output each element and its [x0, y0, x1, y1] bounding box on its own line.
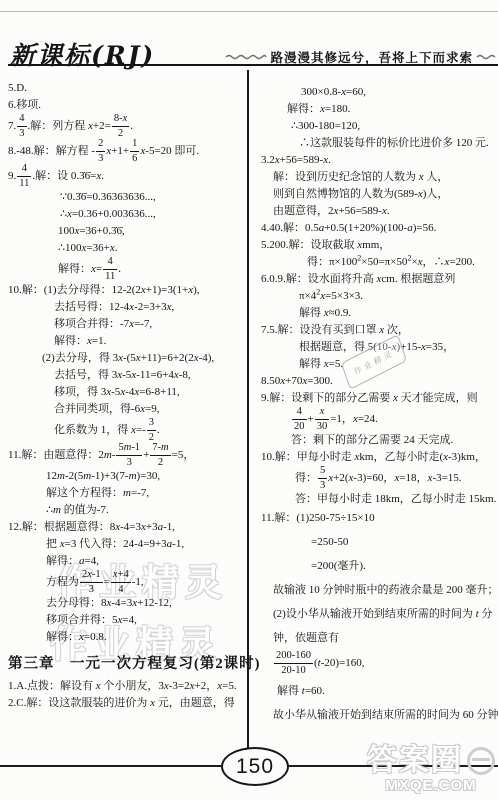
text-run: 7. [8, 120, 16, 132]
text-run: 答：甲每小时走 18km，乙每小时走 15km. [295, 493, 496, 505]
solution-line: 11.解：由题意得：2m-5m-13+7-m2=5， [8, 443, 246, 468]
text-run: . [130, 120, 133, 132]
solution-line: 解得 x≈0.9. [299, 305, 497, 322]
math-run: 4.40.解：0.5a+0.5(1+20%)(100-a)=56. [261, 222, 436, 234]
math-run: π×4 [299, 290, 316, 302]
math-run: 8.50x+70x=300. [261, 375, 333, 387]
left-column: 5.D.6.移项.7.43.解：列方程 x+2=8-x2.8.-48.解：解方程… [8, 80, 246, 712]
solution-line: (2)设小华从输液开始到结束所需的时间为 t 分 [273, 606, 497, 623]
math-run: (t-20)=160, [314, 657, 365, 669]
solution-line: 9.解：设剩下的部分乙需要 x 天才能完成，则 [261, 390, 497, 407]
solution-line: 钟，依题意有 [273, 630, 497, 647]
solution-line: 答：剩下的部分乙需要 24 天完成. [291, 432, 497, 449]
solution-line: (2)去分母，得 3x-(5x+11)=6+2(2x-4), [42, 350, 246, 367]
math-run: 则到自然博物馆的人数为(589-x)人， [273, 188, 448, 200]
math-run: 移项合并得：-7x=-7, [54, 318, 152, 330]
math-run: (2)设小华从输液开始到结束所需的时间为 t 分 [273, 608, 492, 620]
math-run: 解这个方程得：m=-7, [46, 487, 149, 499]
math-run: x-5=20 即可. [140, 145, 199, 157]
math-run: 11.解：(1)250-75÷15×10 [261, 512, 375, 524]
page-number: 150 [236, 755, 274, 779]
solution-line: ∴m 的值为-7. [46, 502, 246, 519]
fraction: 420 [292, 407, 307, 432]
header-rule [8, 64, 498, 66]
math-run: ∴100x=36+x. [58, 242, 117, 254]
math-run: 故小华从输液开始到结束所需的时间为 60 分钟. [273, 709, 498, 721]
fraction: x30 [315, 407, 330, 432]
math-run: =200(毫升). [311, 560, 366, 572]
fraction: 7-m2 [150, 443, 170, 468]
solution-line: 6.0.9.解：设水面将升高 xcm. 根据题意列 [261, 271, 497, 288]
text-run: C. [16, 697, 26, 709]
watermark-circle-icon [467, 747, 495, 775]
solution-line: 11.解：(1)250-75÷15×10 [261, 510, 497, 527]
solution-line: 6.移项. [8, 97, 246, 114]
math-run: 钟，依题意有 [273, 632, 339, 644]
solution-line: 解得：x=1. [54, 333, 246, 350]
solution-line: 100x=36+0.3̇6̇, [58, 223, 246, 240]
solution-line: 移项合并得：-7x=-7, [54, 316, 246, 333]
math-run: 300×0.8-x=60, [301, 86, 366, 98]
fraction: 16 [130, 139, 139, 164]
math-run: 得： [295, 472, 317, 484]
math-run: = [104, 576, 110, 588]
solution-line: 移项合并得：5x=4, [46, 612, 246, 629]
solution-line: 把 x=3 代入得：24-4=9+3a-1, [46, 536, 246, 553]
solution-line: 则到自然博物馆的人数为(589-x)人， [273, 186, 497, 203]
math-run: ∴x=0.36+0.003636..., [60, 208, 156, 220]
math-run: =1，x=24. [330, 413, 378, 425]
solution-line: ∴x=0.36+0.003636..., [60, 206, 246, 223]
fraction: 8-x2 [112, 114, 129, 139]
math-run: 把 x=3 代入得：24-4=9+3a-1, [46, 538, 184, 550]
squiggle-decoration-right [476, 53, 496, 61]
math-run: ∴这款服装每件的标价比进价多 120 元. [299, 137, 489, 149]
solution-line: π×42x=5×3×3. [299, 288, 497, 305]
solution-line: 9.411.解：设 0.3̇6̇=x. [8, 164, 246, 189]
solution-line: 去分母得：8x-4=3x+12-12, [46, 595, 246, 612]
math-run: 7.5.解：设没有买到口罩 x 次， [261, 324, 409, 336]
math-run: x+1+ [106, 145, 129, 157]
left-solutions: 5.D.6.移项.7.43.解：列方程 x+2=8-x2.8.-48.解：解方程… [8, 80, 246, 646]
math-run: 解得：x=1. [54, 335, 106, 347]
fraction: 5m-13 [116, 443, 142, 468]
squiggle-decoration-left [225, 53, 267, 61]
math-run: x+2(x-3)=60，x=18，x-3=15. [328, 472, 461, 484]
solution-line: 8.50x+70x=300. [261, 373, 497, 390]
math-run: 解得：a=4, [46, 555, 99, 567]
math-run: .解：设 0.3̇6̇=x. [32, 170, 104, 182]
solution-line: 去括号得：12-4x-2=3+3x, [54, 299, 246, 316]
top-border-line [0, 11, 498, 12]
solution-line: 420+x30=1，x=24. [291, 407, 497, 432]
math-run: 3.2x+56=589-x. [261, 154, 331, 166]
text-run: mm， [362, 239, 390, 251]
math-run: 解得 x=5. [299, 358, 343, 370]
solution-line: 12m-2(5m-1)+3(7-m)=30, [46, 468, 246, 485]
math-run: =250-50 [311, 536, 348, 548]
solution-line: 移项，得 3x-5x-4x=6-8+11, [54, 384, 246, 401]
solution-line: 解这个方程得：m=-7, [46, 485, 246, 502]
solution-line: 合并同类项，得-6x=9, [54, 401, 246, 418]
text-run: . [118, 263, 121, 275]
math-run: ∴300-180=120, [291, 120, 360, 132]
solution-line: 故小华从输液开始到结束所需的时间为 60 分钟. [273, 707, 497, 724]
text-run: . [157, 424, 160, 436]
math-run: 解得：x=180. [287, 103, 350, 115]
solution-line: 答：甲每小时走 18km，乙每小时走 15km. [295, 491, 497, 508]
text-run: 9. [8, 170, 16, 182]
math-run: ×50=π×50 [361, 256, 407, 268]
math-run: 移项，得 3x-5x-4x=6-8+11, [54, 386, 180, 398]
solution-line: 300×0.8-x=60, [301, 84, 497, 101]
math-run: 5.200.解：设取截取 x [261, 239, 362, 251]
math-run: 由题意得，2x+56=589-x. [273, 205, 390, 217]
math-run: 化系数为 1，得 x=- [54, 424, 146, 436]
text-run: cm. 根据题意列 [381, 273, 455, 285]
math-run: 解得 x≈0.9. [299, 307, 351, 319]
text-run: 6.移项. [8, 99, 41, 111]
solution-line: 10.解：甲每小时走 xkm，乙每小时走(x-3)km， [261, 449, 497, 466]
math-run: 10.解：(1)去分母得：12-2(2x+1)=3(1+x), [8, 284, 200, 296]
solution-line: 化系数为 1，得 x=-32. [54, 418, 246, 443]
math-run: 去括号得：12-4x-2=3+3x, [54, 301, 174, 313]
solution-line: 4.40.解：0.5a+0.5(1+20%)(100-a)=56. [261, 220, 497, 237]
solution-line: =250-50 [311, 534, 497, 551]
brand-title: 新课标(RJ) [10, 36, 155, 72]
math-run: 解得 t=60. [277, 685, 325, 697]
solution-line: 得：π×1002×50=π×502×x，∴x=200. [307, 254, 497, 271]
solution-line: ∴100x=36+x. [58, 240, 246, 257]
watermark-logo-text: 答案圈 [367, 745, 463, 777]
math-run: 9.解：设剩下的部分乙需要 x 天才能完成，则 [261, 392, 478, 404]
solution-line: 3.2x+56=589-x. [261, 152, 497, 169]
math-run: =5， [172, 449, 195, 461]
solution-line: 12.解：根据题意得：8x-4=3x+3a-1, [8, 519, 246, 536]
fraction: 53 [318, 466, 327, 491]
text-run: A. [16, 680, 27, 692]
solution-line: 7.43.解：列方程 x+2=8-x2. [8, 114, 246, 139]
math-run: 解得：x= [58, 263, 102, 275]
text-run: 10.解：甲每小时走 [261, 451, 355, 463]
solution-line: =200(毫升). [311, 558, 497, 575]
solution-line: 解得：a=4, [46, 553, 246, 570]
math-run: 合并同类项，得-6x=9, [54, 403, 160, 415]
math-run: 12m-2(5m-1)+3(7-m)=30, [46, 470, 160, 482]
solution-line: 得：53x+2(x-3)=60，x=18，x-3=15. [295, 466, 497, 491]
fraction: 43 [17, 114, 26, 139]
solution-line: 解得：x=0.8. [46, 629, 246, 646]
math-run: 2. [8, 697, 16, 709]
fraction: 200-16020-10 [274, 651, 313, 676]
solution-line: 解得：x=411. [58, 257, 246, 282]
solution-line: 由题意得，2x+56=589-x. [273, 203, 497, 220]
solution-line: 解得：x=180. [287, 101, 497, 118]
math-run: 点拨：解设有 x 个小朋友，3x-3=2x+2，x=5. [27, 680, 237, 692]
solution-line: 10.解：(1)去分母得：12-2(2x+1)=3(1+x), [8, 282, 246, 299]
math-run: (2)去分母，得 3x-(5x+11)=6+2(2x-4), [42, 352, 214, 364]
watermark-logo-row: 答案圈 [367, 745, 495, 777]
math-run: 解：设到历史纪念馆的人数为 x 人， [273, 171, 448, 183]
right-column: 300×0.8-x=60,解得：x=180.∴300-180=120,∴这款服装… [261, 84, 497, 724]
solution-line: ∴300-180=120, [291, 118, 497, 135]
math-run: .解：列方程 x+2= [28, 120, 111, 132]
math-run: 得：π×100 [307, 256, 357, 268]
left-solutions-after-heading: 1.A.点拨：解设有 x 个小朋友，3x-3=2x+2，x=5.2.C.解：设这… [8, 678, 246, 712]
solution-line: 1.A.点拨：解设有 x 个小朋友，3x-3=2x+2，x=5. [8, 678, 246, 695]
math-run: -1, [132, 576, 144, 588]
fraction: 2x-13 [80, 570, 103, 595]
math-run: 6.0.9.解：设水面将升高 x [261, 273, 381, 285]
math-run: 11.解：由题意得：2m- [8, 449, 115, 461]
text-run: 8.-48.解：解方程 - [8, 145, 95, 157]
solution-line: 故输液 10 分钟时瓶中的药液余量是 200 毫升； [273, 582, 497, 599]
text-run: 5.D. [8, 82, 27, 94]
math-run: 去括号，得 3x-5x-11=6+4x-8, [54, 369, 191, 381]
solution-line: 2.C.解：设这款服装的进价为 x 元，由题意，得 [8, 695, 246, 712]
math-run: 12.解：根据题意得：8x-4=3x+3a-1, [8, 521, 175, 533]
solution-line: 去括号，得 3x-5x-11=6+4x-8, [54, 367, 246, 384]
math-run: 解得：x=0.8. [46, 631, 107, 643]
bottom-watermark: 答案圈 MXQE.COM [367, 745, 495, 794]
math-run: ∵0.3̇6̇=0.36363636..., [60, 191, 156, 203]
fraction: 32 [147, 418, 156, 443]
solution-line: 5.200.解：设取截取 xmm， [261, 237, 497, 254]
solution-line: 解：设到历史纪念馆的人数为 x 人， [273, 169, 497, 186]
solution-line: 8.-48.解：解方程 -23x+1+16x-5=20 即可. [8, 139, 246, 164]
math-run: 方程为 [46, 576, 79, 588]
math-run: 100x=36+0.3̇6̇, [58, 225, 125, 237]
text-run: km，乙每小时走( [359, 451, 443, 463]
watermark-url: MXQE.COM [367, 778, 495, 794]
right-solutions: 300×0.8-x=60,解得：x=180.∴300-180=120,∴这款服装… [261, 84, 497, 724]
page-number-badge: 150 [221, 747, 289, 786]
fraction: x+44 [111, 570, 131, 595]
math-run: 去分母得：8x-4=3x+12-12, [46, 597, 172, 609]
answer-book-page: 新课标(RJ) 路漫漫其修远兮，吾将上下而求索 作业精灵 作业精灵 5.D.6.… [0, 0, 498, 800]
solution-line: 5.D. [8, 80, 246, 97]
solution-line: 200-16020-10(t-20)=160, [273, 651, 497, 676]
solution-line: ∵0.3̇6̇=0.36363636..., [60, 189, 246, 206]
math-run: 解：设这款服装的进价为 x 元，由题意，得 [26, 697, 234, 709]
solution-line: 7.5.解：设没有买到口罩 x 次， [261, 322, 497, 339]
fraction: 411 [17, 164, 31, 189]
math-run: 移项合并得：5x=4, [46, 614, 137, 626]
math-run: x=5×3×3. [320, 290, 363, 302]
fraction: 23 [96, 139, 105, 164]
solution-line: 解得 t=60. [277, 683, 497, 700]
math-run: ×x，∴x=200. [411, 256, 474, 268]
math-run: 1. [8, 680, 16, 692]
math-run: ∴m 的值为-7. [46, 504, 109, 516]
math-run: + [143, 449, 149, 461]
math-run: 答：剩下的部分乙需要 24 天完成. [291, 434, 453, 446]
math-run: + [308, 413, 314, 425]
solution-line: ∴这款服装每件的标价比进价多 120 元. [299, 135, 497, 152]
text-run: -3)km， [448, 451, 486, 463]
math-run: 故输液 10 分钟时瓶中的药液余量是 200 毫升； [273, 584, 498, 596]
section-heading: 第三章 一元一次方程复习(第2课时) [8, 656, 246, 673]
fraction: 411 [103, 257, 117, 282]
solution-line: 方程为2x-13=x+44-1, [46, 570, 246, 595]
